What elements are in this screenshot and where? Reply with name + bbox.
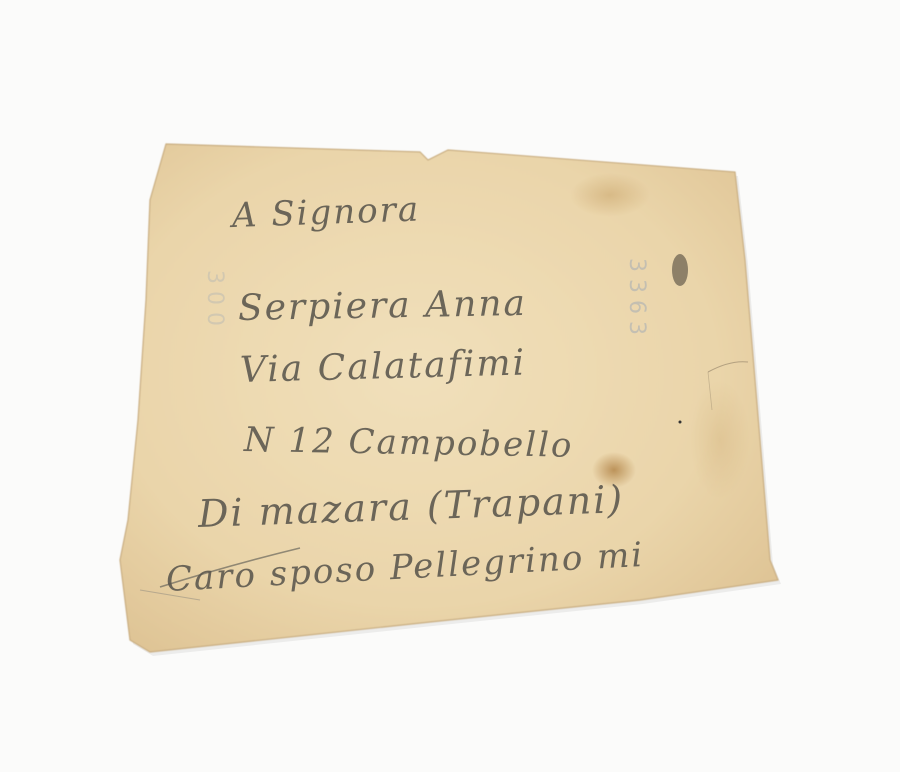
ghost-numerals-left: 3 0 0 bbox=[196, 270, 232, 326]
paper-shape bbox=[0, 0, 900, 772]
address-number-town: N 12 Campobello bbox=[244, 420, 574, 466]
address-recipient-name: Serpiera Anna bbox=[238, 283, 528, 329]
ghost-numerals-right: 3 3 6 3 bbox=[618, 258, 654, 335]
paper-fragment: 3 3 6 3 3 0 0 A Signora Serpiera Anna Vi… bbox=[0, 0, 900, 772]
address-salutation: A Signora bbox=[231, 189, 420, 236]
address-street: Via Calatafimi bbox=[239, 343, 526, 391]
photo: 3 3 6 3 3 0 0 A Signora Serpiera Anna Vi… bbox=[0, 0, 900, 772]
